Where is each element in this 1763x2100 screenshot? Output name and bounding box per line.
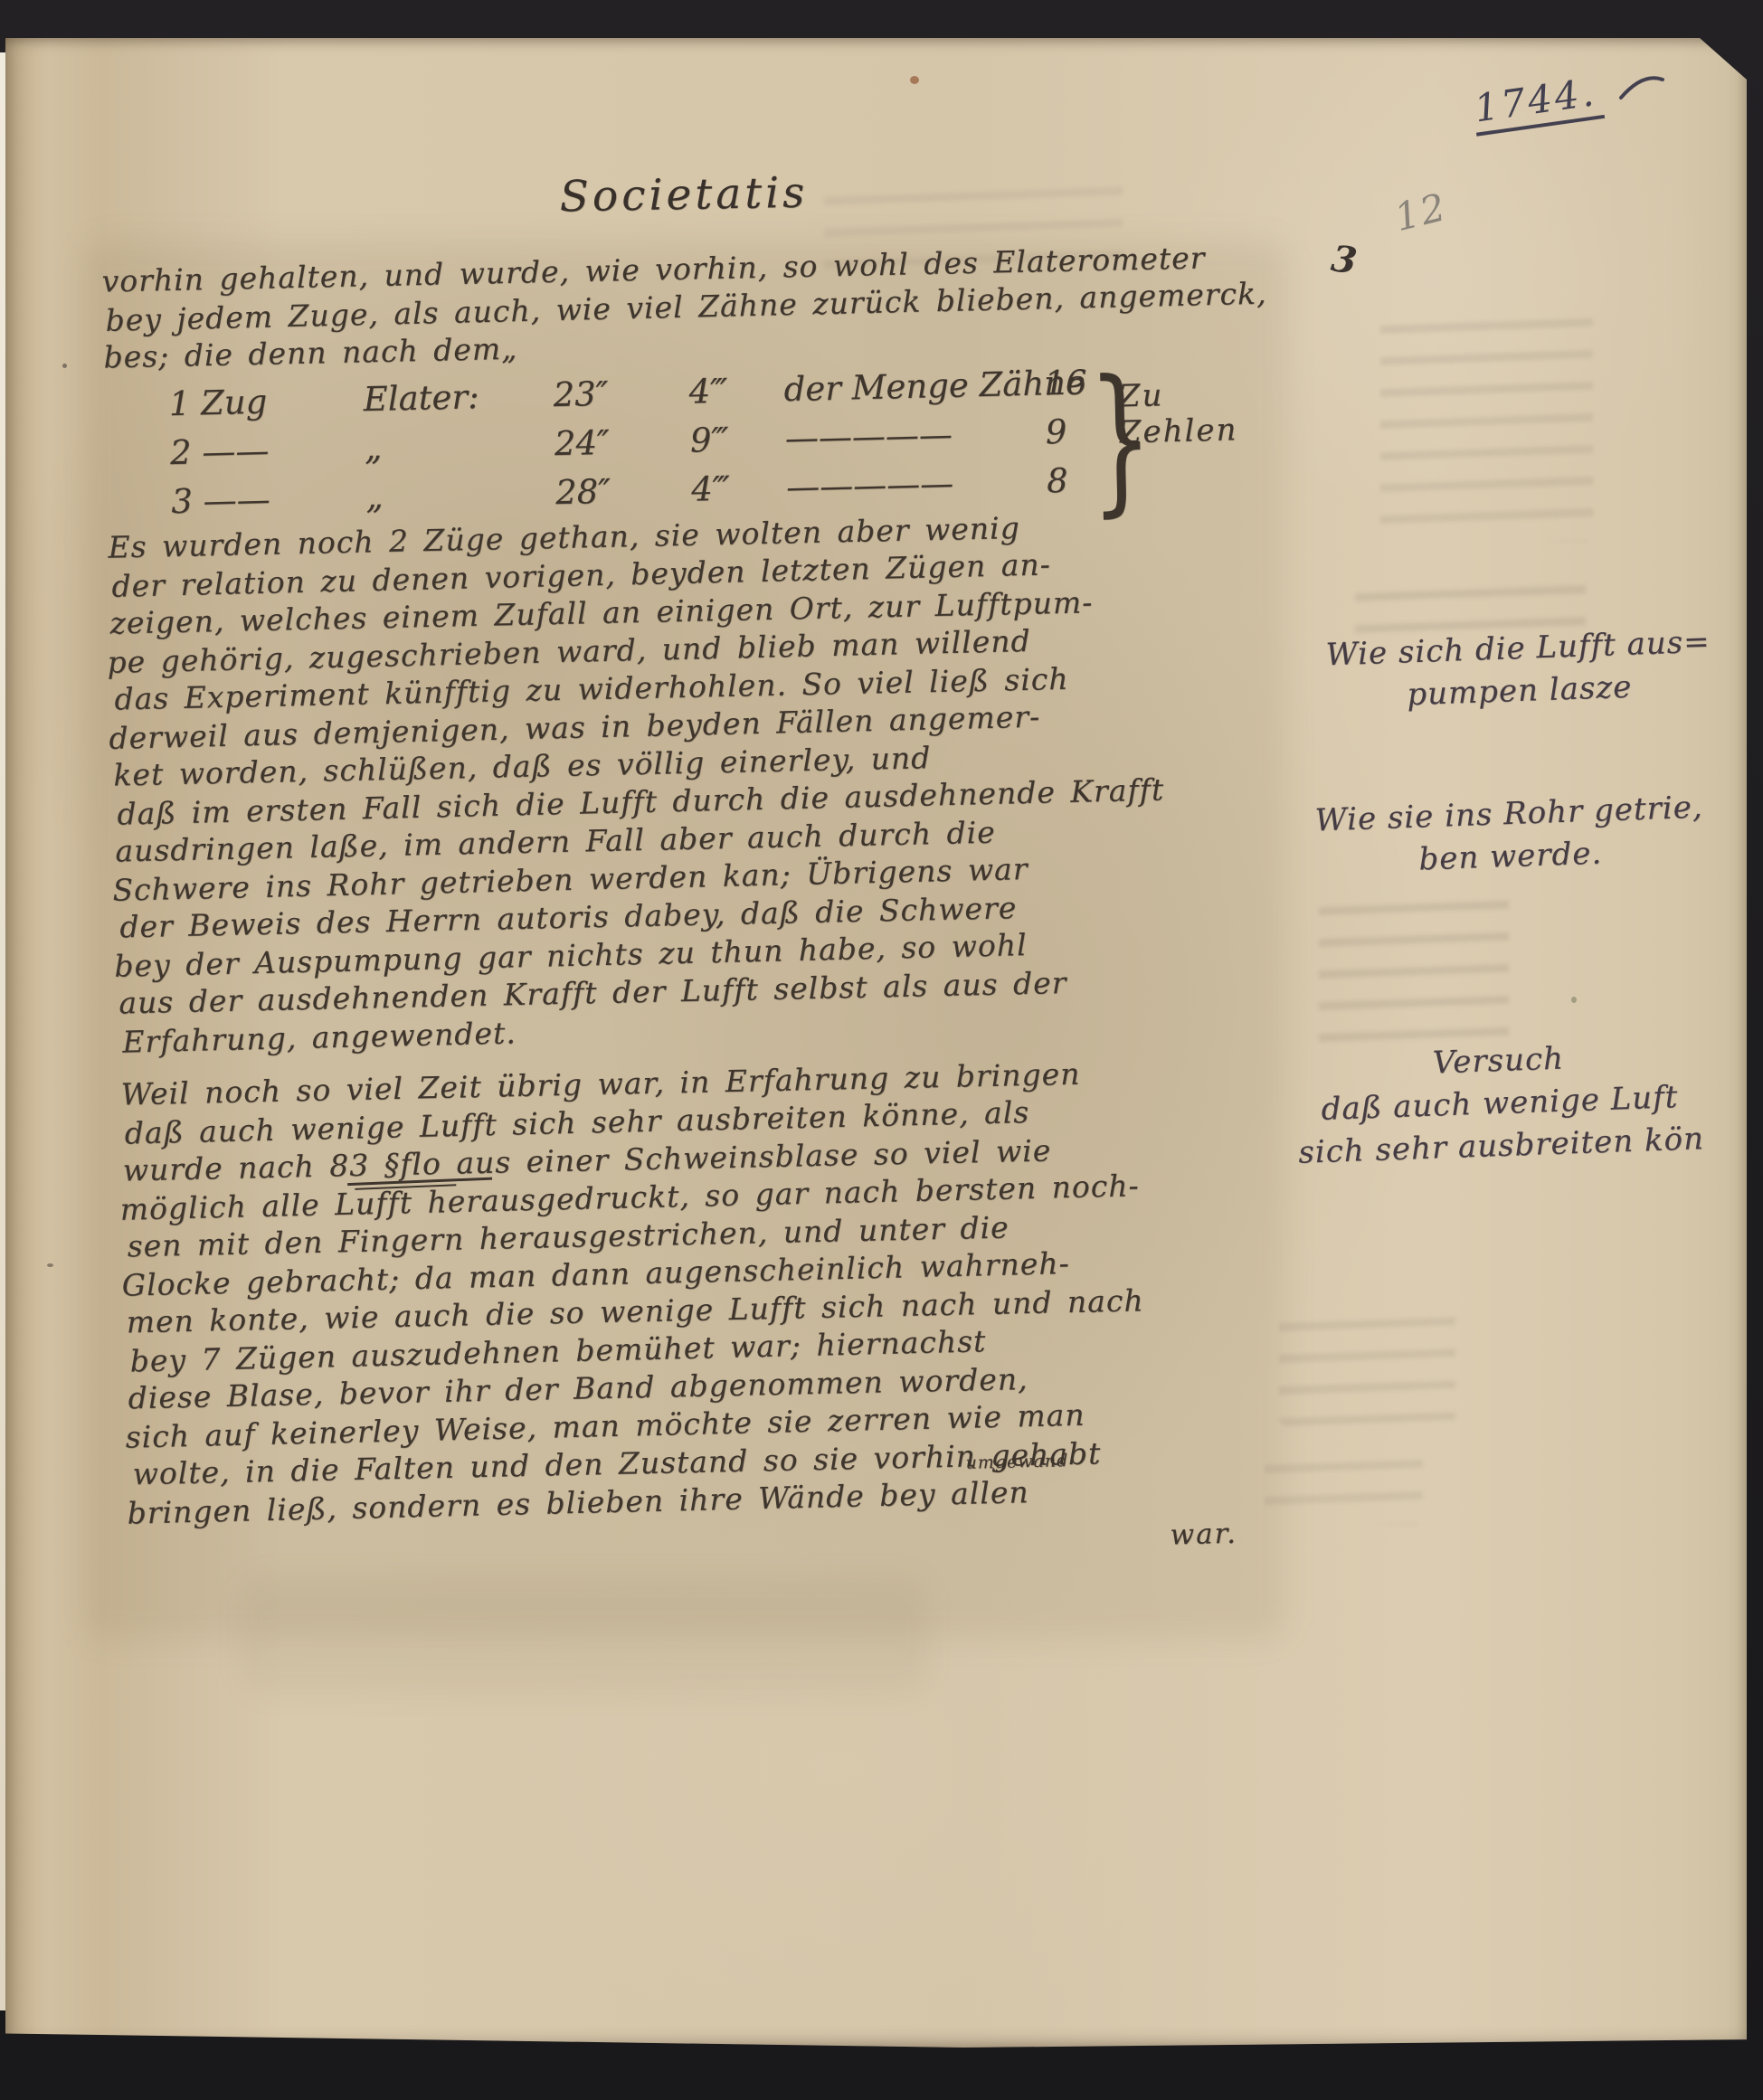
ink-mark: 3 [1329, 237, 1360, 282]
bleedthrough-smudge [1319, 884, 1509, 1051]
cell-zoll: 23″ [553, 374, 609, 414]
interlinear-insertion: umgewand [965, 1451, 1068, 1473]
year-annotation: 1744. [1470, 69, 1606, 136]
cell-zug: 2 —— [170, 431, 270, 473]
cell-ditto: „ [364, 429, 382, 468]
margin-note-auspumpen: Wie sich die Lufft aus=pumpen lasze [1313, 620, 1723, 720]
foxing-spot [910, 76, 919, 84]
cell-label: ————— [786, 464, 954, 506]
experiment-table: 1 Zug Elater: 23″ 4‴ der Menge Zähne 16 … [137, 358, 1288, 532]
cell-label: ————— [784, 415, 953, 458]
catchword: war. [1170, 1518, 1237, 1552]
cell-label: der Menge Zähne [783, 363, 1085, 409]
ink-speck [62, 364, 67, 368]
year-flourish-stroke [1616, 71, 1670, 107]
cell-ditto: „ [365, 478, 384, 516]
paragraph-1: Es wurden noch 2 Züge gethan, sie wolten… [104, 506, 1170, 1062]
cell-ditto: Elater: [363, 377, 479, 419]
cell-zoll: 24″ [554, 423, 610, 463]
cell-zaehne: 8 [1047, 461, 1069, 501]
ink-speck [47, 1263, 53, 1267]
bleedthrough-smudge [1380, 302, 1593, 542]
page-title: Societatis [431, 166, 938, 224]
faded-showthrough-patch [241, 1575, 928, 1693]
margin-note-versuch: Versuchdaß auch wenige Luftsich sehr aus… [1245, 1031, 1756, 1176]
body-text-block: vorhin gehalten, und wurde, wie vorhin, … [98, 232, 1314, 1597]
cell-linien: 9‴ [689, 421, 729, 460]
cell-zug: 1 Zug [168, 383, 268, 424]
table-brace-label: Zu Zehlen [1118, 374, 1287, 450]
manuscript-page: 1744. 12 3 Societatis vorhin gehalten, u… [5, 38, 1747, 2048]
cell-linien: 4‴ [691, 469, 731, 509]
cell-zaehne: 9 [1045, 412, 1067, 452]
folio-number-pencil: 12 [1390, 184, 1452, 240]
cell-zoll: 28″ [555, 472, 611, 512]
scanned-book-photo: 1744. 12 3 Societatis vorhin gehalten, u… [0, 0, 1763, 2100]
cell-linien: 4‴ [688, 372, 728, 411]
cell-zaehne: 16 [1044, 363, 1087, 402]
margin-note-rohr: Wie sie ins Rohr getrie,ben werde. [1304, 786, 1714, 885]
ink-speck [1571, 997, 1577, 1003]
cell-zug: 3 —— [171, 480, 270, 522]
